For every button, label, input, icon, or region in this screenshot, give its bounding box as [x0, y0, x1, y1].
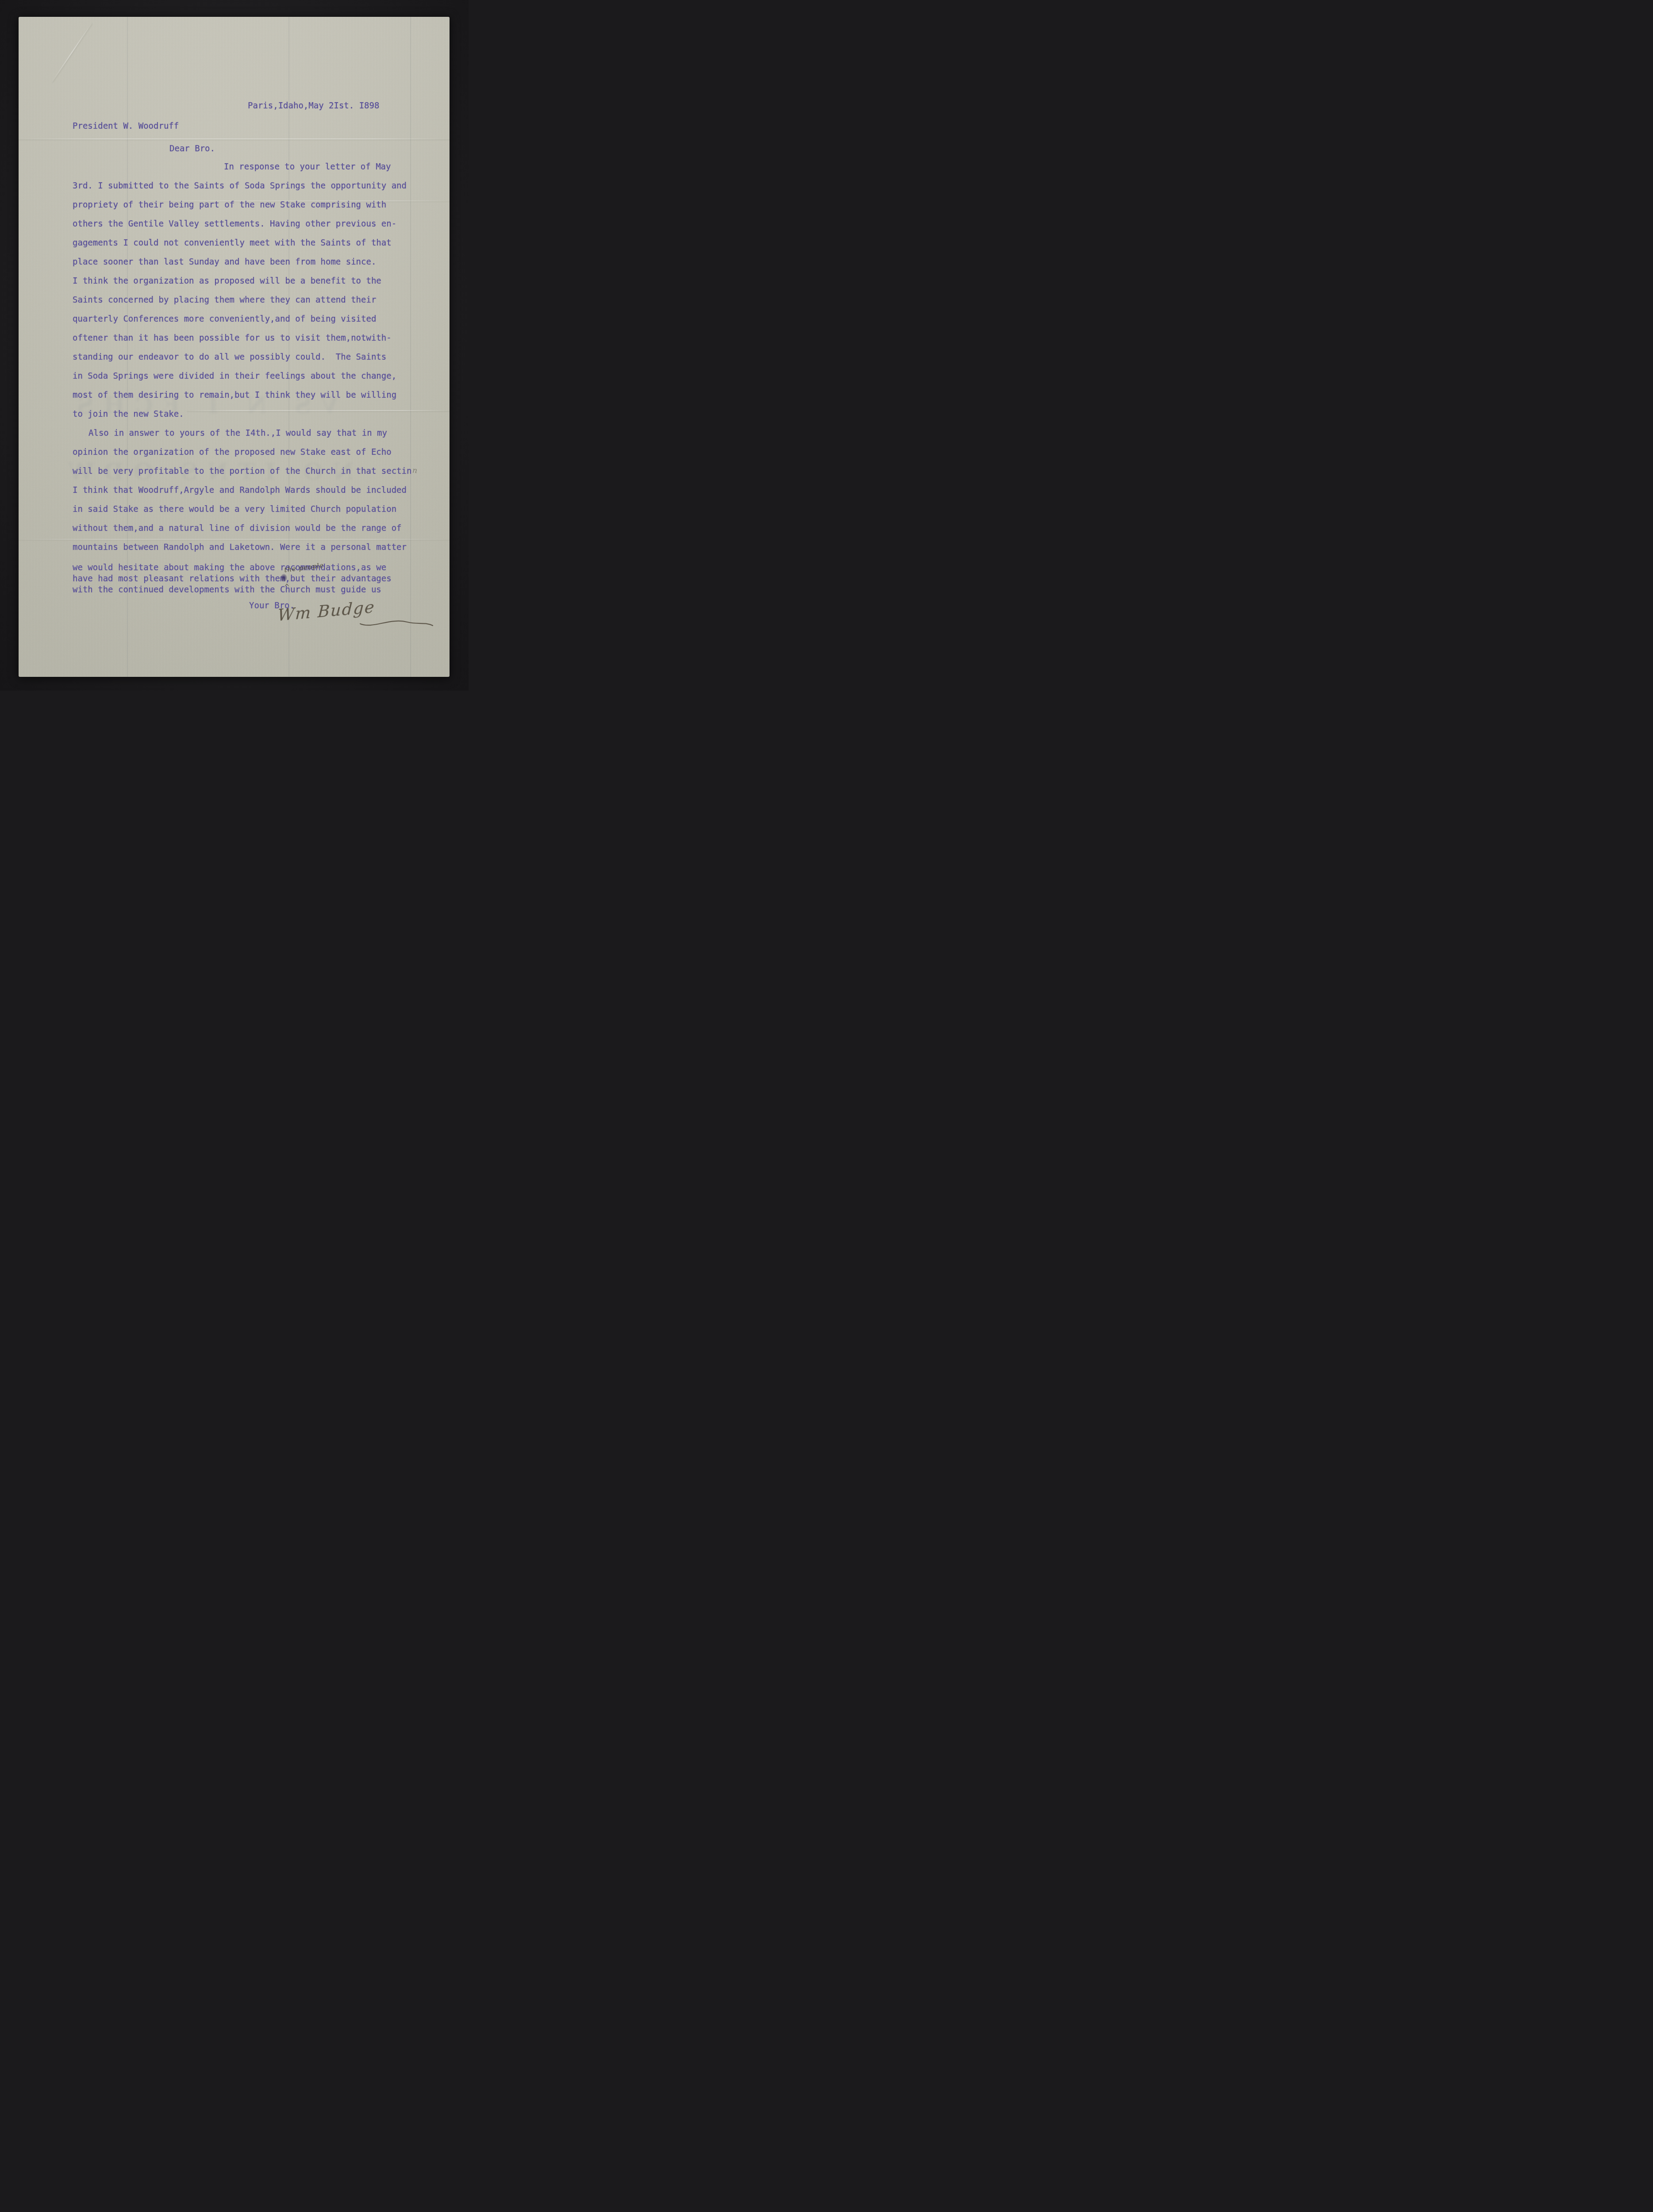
- body-line: Saints concerned by placing them where t…: [73, 295, 376, 305]
- body-line: gagements I could not conveniently meet …: [73, 238, 392, 248]
- letter-paper: VS N I ECHS NO ITNS ODW Paris,Idaho,May …: [19, 17, 450, 677]
- body-line: will be very profitable to the portion o…: [73, 466, 411, 476]
- body-line: in said Stake as there would be a very l…: [73, 504, 396, 514]
- fold-crease: [187, 410, 450, 411]
- body-line: I think that Woodruff,Argyle and Randolp…: [73, 485, 407, 495]
- salutation: Dear Bro.: [169, 144, 215, 154]
- body-line: 3rd. I submitted to the Saints of Soda S…: [73, 181, 407, 191]
- closing-line: have had most pleasant relations with th…: [73, 574, 392, 584]
- fold-crease: [19, 539, 450, 540]
- body-line: mountains between Randolph and Laketown.…: [73, 542, 407, 552]
- body-line: propriety of their being part of the new…: [73, 200, 386, 210]
- pencil-correction: n: [412, 466, 417, 476]
- body-line: to join the new Stake.: [73, 409, 184, 419]
- recipient-line: President W. Woodruff: [73, 121, 179, 131]
- dateline: Paris,Idaho,May 2Ist. I898: [248, 101, 379, 111]
- body-line: without them,and a natural line of divis…: [73, 523, 402, 533]
- insertion-caret: ^: [284, 581, 290, 592]
- paper-chainline: [410, 17, 411, 677]
- body-line: in Soda Springs were divided in their fe…: [73, 371, 396, 381]
- opening-line: In response to your letter of May: [224, 162, 391, 172]
- corner-fold-crease: [51, 23, 92, 82]
- body-line: opinion the organization of the proposed…: [73, 447, 392, 457]
- body-line: I think the organization as proposed wil…: [73, 276, 381, 286]
- body-line: standing our endeavor to do all we possi…: [73, 352, 386, 362]
- signature-flourish: [359, 616, 434, 634]
- closing-line: we would hesitate about making the above…: [73, 563, 386, 572]
- ink-blot: [281, 574, 287, 582]
- body-line: quarterly Conferences more conveniently,…: [73, 314, 376, 324]
- body-line-paragraph-start: Also in answer to yours of the I4th.,I w…: [88, 428, 387, 438]
- body-line: oftener than it has been possible for us…: [73, 333, 392, 343]
- body-line: others the Gentile Valley settlements. H…: [73, 219, 396, 229]
- closing-line: with the continued developments with the…: [73, 585, 381, 595]
- scanned-letter-page: VS N I ECHS NO ITNS ODW Paris,Idaho,May …: [0, 0, 469, 691]
- body-line: place sooner than last Sunday and have b…: [73, 257, 376, 267]
- fold-crease: [19, 138, 450, 139]
- body-line: most of them desiring to remain,but I th…: [73, 390, 396, 400]
